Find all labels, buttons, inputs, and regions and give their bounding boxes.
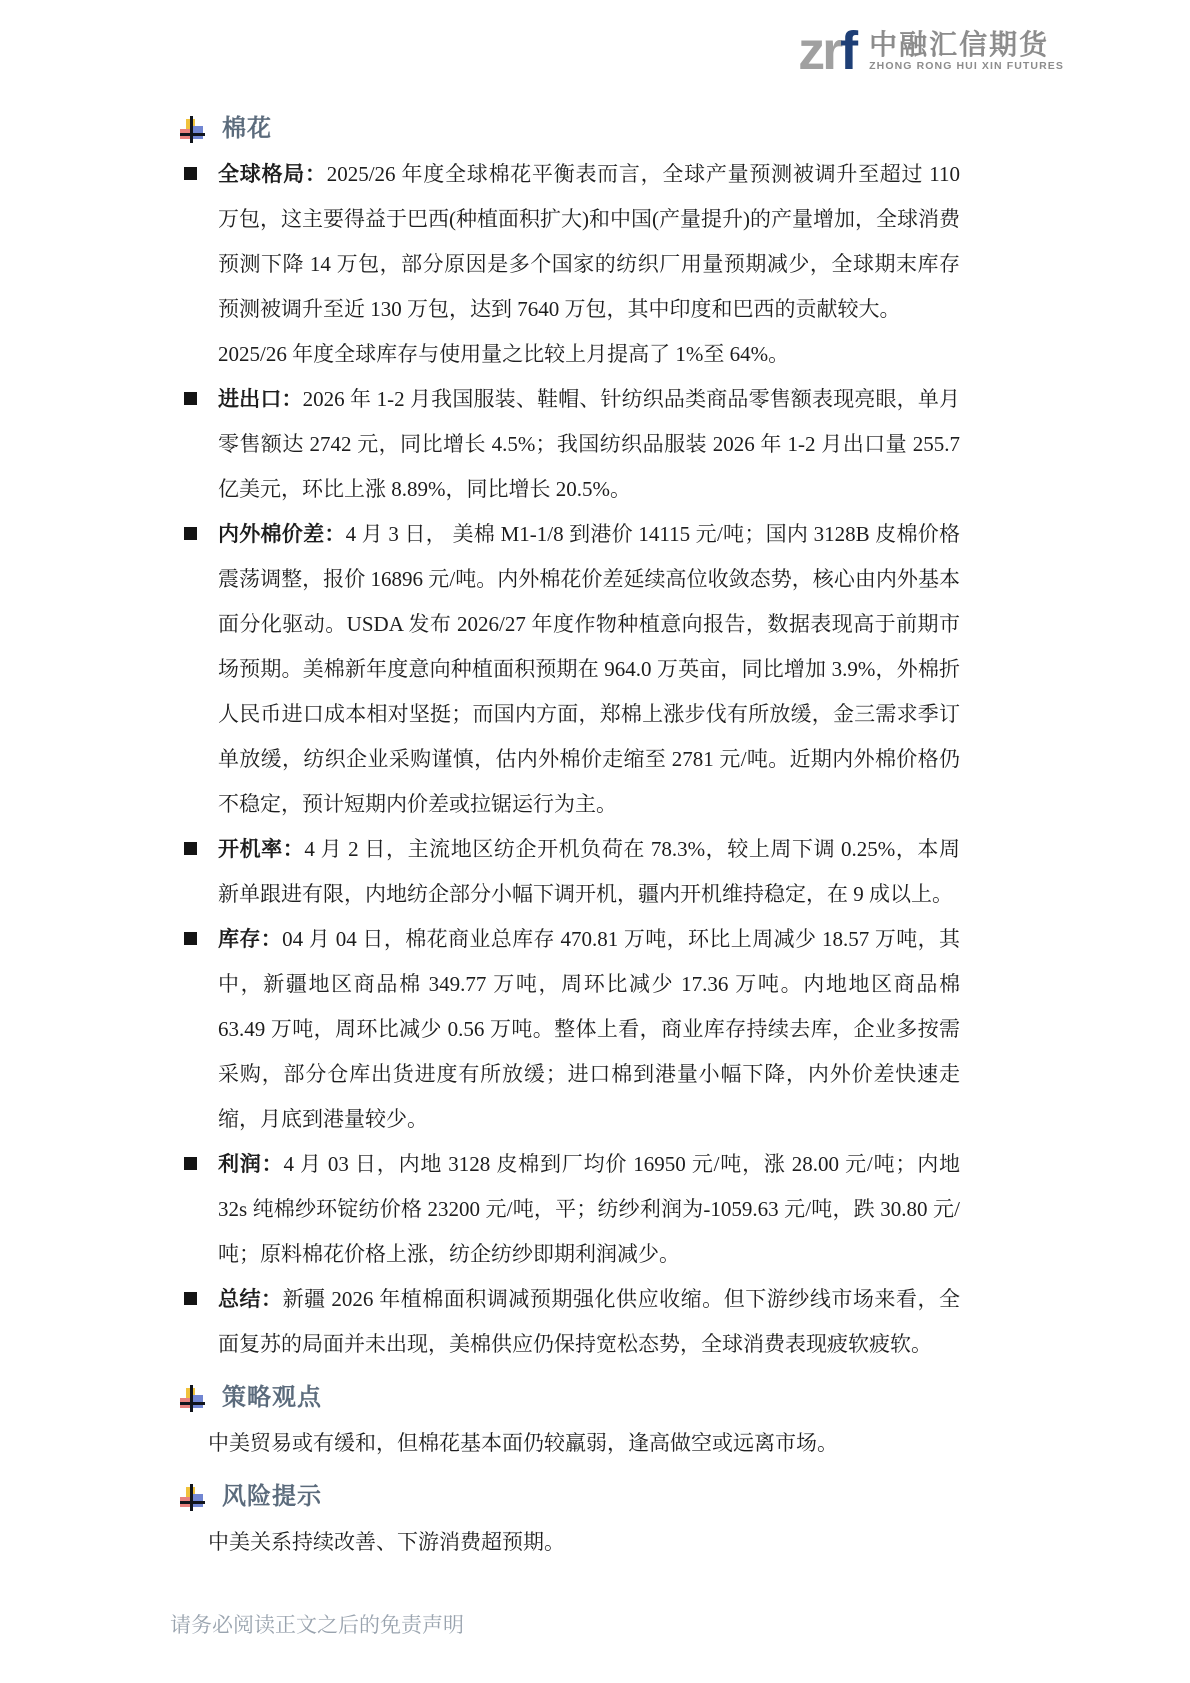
square-bullet-icon (184, 1157, 197, 1170)
bullet-label: 全球格局： (218, 162, 327, 186)
bullet-item-profit: 利润：4 月 03 日，内地 3128 皮棉到厂均价 16950 元/吨，涨 2… (180, 1142, 960, 1277)
bullet-text: 4 月 3 日， 美棉 M1-1/8 到港价 14115 元/吨；国内 3128… (218, 522, 960, 816)
bullet-item-inventory: 库存：04 月 04 日，棉花商业总库存 470.81 万吨，环比上周减少 18… (180, 917, 960, 1142)
bullet-item-global: 全球格局：2025/26 年度全球棉花平衡表而言，全球产量预测被调升至超过 11… (180, 152, 960, 377)
report-page: zrf 中融汇信期货 ZHONG RONG HUI XIN FUTURES 棉花… (0, 0, 1190, 1683)
square-bullet-icon (184, 932, 197, 945)
square-bullet-icon (184, 527, 197, 540)
square-bullet-icon (184, 167, 197, 180)
bullet-text: 4 月 2 日，主流地区纺企开机负荷在 78.3%，较上周下调 0.25%，本周… (218, 837, 960, 906)
section-header-cotton: 棉花 (180, 112, 960, 146)
bullet-text: 04 月 04 日，棉花商业总库存 470.81 万吨，环比上周减少 18.57… (218, 927, 960, 1131)
risk-paragraph: 中美关系持续改善、下游消费超预期。 (180, 1520, 960, 1565)
logo-zr-letters: zr (798, 21, 840, 81)
section-title-strategy: 策略观点 (222, 1381, 322, 1415)
footer-disclaimer: 请务必阅读正文之后的免责声明 (170, 1610, 464, 1640)
strategy-paragraph: 中美贸易或有缓和，但棉花基本面仍较羸弱，逢高做空或远离市场。 (180, 1421, 960, 1466)
section-bullet-icon (180, 116, 205, 143)
square-bullet-icon (184, 1292, 197, 1305)
section-header-strategy: 策略观点 (180, 1381, 960, 1415)
bullet-text: 2025/26 年度全球棉花平衡表而言，全球产量预测被调升至超过 110 万包，… (218, 162, 960, 321)
report-body: 棉花 全球格局：2025/26 年度全球棉花平衡表而言，全球产量预测被调升至超过… (180, 112, 960, 1565)
bullet-label: 利润： (218, 1152, 283, 1176)
logo-zrf-mark: zrf (798, 24, 855, 78)
section-bullet-icon (180, 1484, 205, 1511)
bullet-label: 库存： (218, 927, 282, 951)
bullet-text: 新疆 2026 年植棉面积调减预期强化供应收缩。但下游纱线市场来看，全面复苏的局… (218, 1287, 960, 1356)
company-logo: zrf 中融汇信期货 ZHONG RONG HUI XIN FUTURES (798, 24, 1064, 78)
section-title-risk: 风险提示 (222, 1480, 322, 1514)
bullet-label: 内外棉价差： (218, 522, 346, 546)
company-name-cn: 中融汇信期货 (869, 30, 1064, 60)
bullet-label: 进出口： (218, 387, 303, 411)
bullet-item-trade: 进出口：2026 年 1-2 月我国服装、鞋帽、针纺织品类商品零售额表现亮眼，单… (180, 377, 960, 512)
bullet-label: 总结： (218, 1287, 283, 1311)
square-bullet-icon (184, 842, 197, 855)
bullet-text-line2: 2025/26 年度全球库存与使用量之比较上月提高了 1%至 64%。 (218, 332, 960, 377)
logo-names: 中融汇信期货 ZHONG RONG HUI XIN FUTURES (869, 30, 1064, 73)
bullet-item-price-spread: 内外棉价差：4 月 3 日， 美棉 M1-1/8 到港价 14115 元/吨；国… (180, 512, 960, 827)
bullet-label: 开机率： (218, 837, 304, 861)
section-bullet-icon (180, 1385, 205, 1412)
bullet-item-operating-rate: 开机率：4 月 2 日，主流地区纺企开机负荷在 78.3%，较上周下调 0.25… (180, 827, 960, 917)
bullet-text: 2026 年 1-2 月我国服装、鞋帽、针纺织品类商品零售额表现亮眼，单月零售额… (218, 387, 960, 501)
logo-f-letter: f (840, 21, 855, 81)
bullet-text: 4 月 03 日，内地 3128 皮棉到厂均价 16950 元/吨，涨 28.0… (218, 1152, 960, 1266)
section-header-risk: 风险提示 (180, 1480, 960, 1514)
square-bullet-icon (184, 392, 197, 405)
company-name-en: ZHONG RONG HUI XIN FUTURES (869, 60, 1064, 73)
bullet-item-summary: 总结：新疆 2026 年植棉面积调减预期强化供应收缩。但下游纱线市场来看，全面复… (180, 1277, 960, 1367)
section-title-cotton: 棉花 (222, 112, 272, 146)
